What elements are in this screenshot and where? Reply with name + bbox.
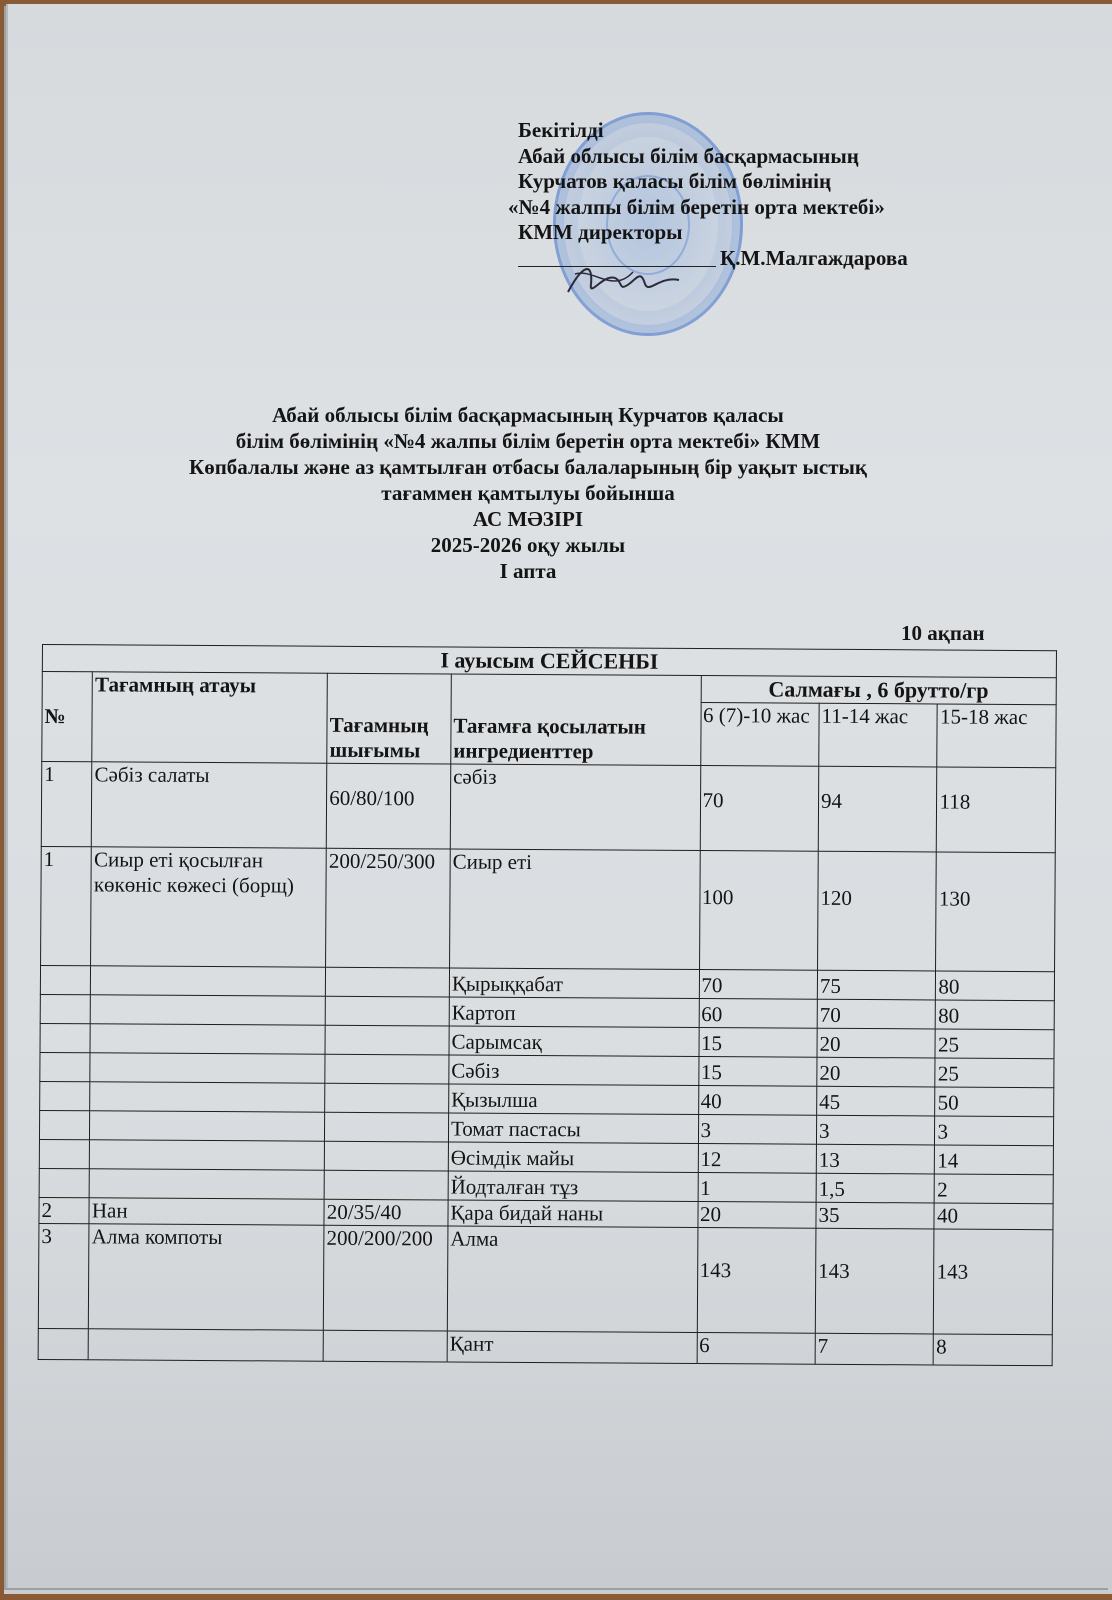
- weight-11-14: 143: [815, 1228, 934, 1334]
- ingredient-name: Қызылша: [449, 1084, 699, 1115]
- weight-11-14: 20: [817, 1028, 936, 1058]
- weight-11-14: 45: [817, 1086, 936, 1116]
- weight-6-10: 1: [698, 1173, 817, 1203]
- weight-6-10: 143: [697, 1228, 816, 1334]
- dish-output: [324, 1170, 448, 1200]
- weight-6-10: 70: [699, 970, 818, 1000]
- weight-6-10: 15: [698, 1028, 817, 1058]
- dish-output: 200/200/200: [324, 1225, 448, 1331]
- row-number: [39, 1139, 90, 1168]
- dish-name: [90, 1111, 325, 1141]
- ingredient-name: Картоп: [449, 997, 699, 1028]
- weight-6-10: 3: [698, 1115, 817, 1145]
- ingredient-name: Йодталған тұз: [448, 1171, 698, 1202]
- dish-name: [88, 1329, 323, 1361]
- weight-11-14: 94: [818, 766, 937, 852]
- ingredient-name: Томат пастасы: [448, 1113, 698, 1144]
- week-label: І апта: [8, 558, 1048, 584]
- output-header: Тағамның шығымы: [327, 673, 451, 764]
- weight-15-18: 25: [935, 1029, 1054, 1059]
- dish-output: 60/80/100: [326, 763, 450, 849]
- weight-15-18: 40: [934, 1203, 1053, 1230]
- dish-output: 200/250/300: [326, 848, 450, 968]
- approval-line: «№4 жалпы білім беретін орта мектебі»: [508, 195, 1078, 221]
- dish-name: [90, 1053, 325, 1083]
- row-number: [40, 1052, 91, 1081]
- weight-11-14: 20: [817, 1057, 936, 1087]
- header-row: № Тағамның атауы Тағамның шығымы Тағамға…: [42, 672, 1056, 705]
- weight-11-14: 75: [817, 970, 936, 1000]
- weight-6-10: 60: [699, 999, 818, 1029]
- dish-output: [323, 1330, 447, 1362]
- weight-15-18: 2: [935, 1174, 1054, 1204]
- dish-output: [325, 996, 449, 1026]
- weight-11-14: 35: [816, 1202, 935, 1229]
- row-number: [40, 1081, 91, 1110]
- dish-output: 20/35/40: [324, 1199, 448, 1226]
- ingredient-name: Қант: [447, 1331, 697, 1364]
- signatory-name: Қ.М.Малгаждарова: [720, 246, 908, 270]
- weight-11-14: 70: [817, 999, 936, 1029]
- ingredient-name: Қара бидай наны: [448, 1200, 698, 1228]
- signature-line: Қ.М.Малгаждарова: [518, 246, 1078, 272]
- age-group-header: 15-18 жас: [937, 704, 1056, 768]
- table-row: Қант678: [38, 1328, 1052, 1365]
- ingredient-name: Сиыр еті: [449, 849, 699, 970]
- row-number: [38, 1328, 89, 1359]
- table-row: 1Сиыр еті қосылған көкөніс көжесі (борщ)…: [41, 846, 1056, 971]
- dish-name: Сиыр еті қосылған көкөніс көжесі (борщ): [91, 847, 327, 967]
- weight-6-10: 100: [699, 851, 818, 971]
- ingredient-name: Сарымсақ: [449, 1026, 699, 1057]
- document-title: Абай облысы білім басқармасының Курчатов…: [8, 402, 1048, 584]
- row-number: [40, 994, 91, 1023]
- weight-header: Салмағы , 6 брутто/гр: [701, 676, 1057, 705]
- dish-output: [325, 1054, 449, 1084]
- dish-name: [89, 1169, 324, 1199]
- age-group-header: 11-14 жас: [819, 703, 938, 767]
- approval-line: КММ директоры: [518, 220, 1078, 246]
- dish-name: [90, 1082, 325, 1112]
- weight-11-14: 120: [818, 851, 937, 971]
- dish-output: [325, 1083, 449, 1113]
- title-line: тағаммен қамтылуы бойынша: [8, 480, 1048, 506]
- weight-6-10: 70: [700, 766, 819, 852]
- dish-name: [90, 1140, 325, 1170]
- weight-15-18: 14: [935, 1145, 1054, 1175]
- table-row: 1Сәбіз салаты60/80/100сәбіз7094118: [41, 762, 1056, 853]
- ingredients-header: Тағамға қосылатын ингредиенттер: [451, 674, 701, 766]
- weight-11-14: 13: [816, 1144, 935, 1174]
- weight-15-18: 3: [935, 1116, 1054, 1146]
- menu-heading: АС МӘЗІРІ: [8, 506, 1048, 532]
- row-number: [40, 965, 91, 994]
- title-line: Абай облысы білім басқармасының Курчатов…: [8, 402, 1048, 428]
- title-line: білім бөлімінің «№4 жалпы білім беретін …: [8, 428, 1048, 454]
- row-number: [39, 1110, 90, 1139]
- weight-6-10: 15: [698, 1057, 817, 1087]
- row-number: [39, 1168, 90, 1197]
- ingredient-name: Өсімдік майы: [448, 1142, 698, 1173]
- approval-heading: Бекітілді: [518, 118, 1078, 144]
- dish-name: [91, 966, 326, 996]
- row-number: 1: [41, 762, 92, 847]
- weight-11-14: 3: [816, 1115, 935, 1145]
- weight-15-18: 80: [936, 971, 1055, 1001]
- dish-output: [324, 1141, 448, 1171]
- weight-11-14: 1,5: [816, 1173, 935, 1203]
- row-number: [40, 1023, 91, 1052]
- weight-15-18: 50: [935, 1087, 1054, 1117]
- ingredient-name: сәбіз: [450, 764, 700, 851]
- weight-15-18: 130: [936, 852, 1055, 972]
- number-header: №: [42, 672, 93, 762]
- weight-15-18: 143: [934, 1229, 1053, 1335]
- dish-name: [91, 995, 326, 1025]
- approval-block: Бекітілді Абай облысы білім басқармасыны…: [518, 118, 1078, 271]
- weight-6-10: 12: [698, 1144, 817, 1174]
- table-row: 3Алма компоты200/200/200Алма143143143: [38, 1223, 1053, 1334]
- row-number: 1: [41, 846, 92, 965]
- date-label: 10 ақпан: [901, 621, 985, 646]
- dish-output: [325, 1025, 449, 1055]
- weight-15-18: 118: [937, 767, 1056, 853]
- row-number: 2: [39, 1197, 89, 1223]
- title-line: Көпбалалы және аз қамтылған отбасы балал…: [8, 454, 1048, 480]
- row-number: 3: [38, 1223, 89, 1328]
- weight-15-18: 80: [936, 1000, 1055, 1030]
- dish-name: Алма компоты: [89, 1224, 325, 1330]
- menu-body: 1Сәбіз салаты60/80/100сәбіз70941181Сиыр …: [38, 762, 1056, 1366]
- dish-name: [90, 1024, 325, 1054]
- weight-15-18: 25: [935, 1058, 1054, 1088]
- ingredient-name: Қырыққабат: [449, 968, 699, 999]
- weight-11-14: 7: [815, 1333, 934, 1365]
- document-page: Бекітілді Абай облысы білім басқармасыны…: [8, 4, 1112, 1588]
- weight-6-10: 6: [697, 1333, 816, 1365]
- ingredient-name: Алма: [447, 1226, 697, 1333]
- age-group-header: 6 (7)-10 жас: [700, 703, 819, 767]
- dish-name-header: Тағамның атауы: [92, 672, 327, 763]
- signature-rule: [518, 266, 716, 267]
- dish-name: Сәбіз салаты: [92, 762, 327, 848]
- ingredient-name: Сәбіз: [449, 1055, 699, 1086]
- dish-name: Нан: [89, 1198, 324, 1225]
- dish-output: [326, 967, 450, 997]
- weight-6-10: 20: [697, 1202, 816, 1229]
- dish-output: [325, 1112, 449, 1142]
- weight-15-18: 8: [934, 1334, 1053, 1366]
- approval-line: Абай облысы білім басқармасының: [518, 144, 1078, 170]
- menu-table: І ауысым СЕЙСЕНБІ № Тағамның атауы Тағам…: [38, 644, 1057, 1366]
- weight-6-10: 40: [698, 1086, 817, 1116]
- school-year: 2025-2026 оқу жылы: [8, 532, 1048, 558]
- approval-line: Курчатов қаласы білім бөлімінің: [518, 169, 1078, 195]
